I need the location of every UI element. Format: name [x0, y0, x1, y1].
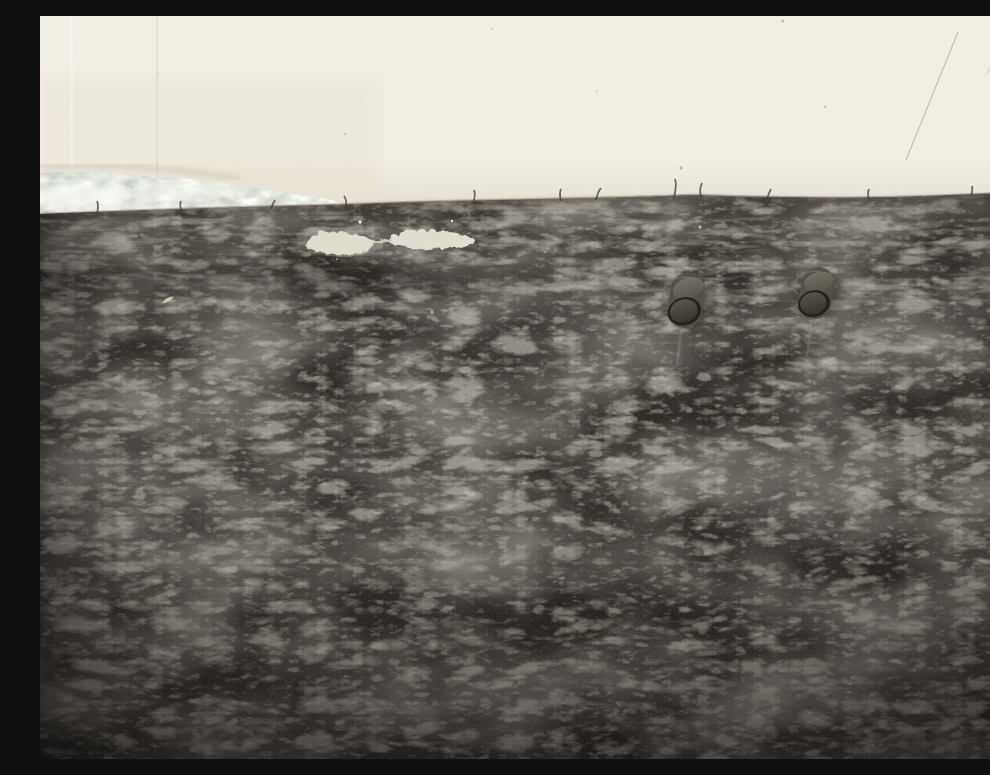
vignette — [40, 166, 990, 759]
wall-vertical-streak — [156, 16, 158, 174]
wall-vertical-streak — [70, 16, 73, 168]
photo-carpet-against-wall — [40, 16, 990, 759]
photo-canvas — [40, 16, 990, 759]
